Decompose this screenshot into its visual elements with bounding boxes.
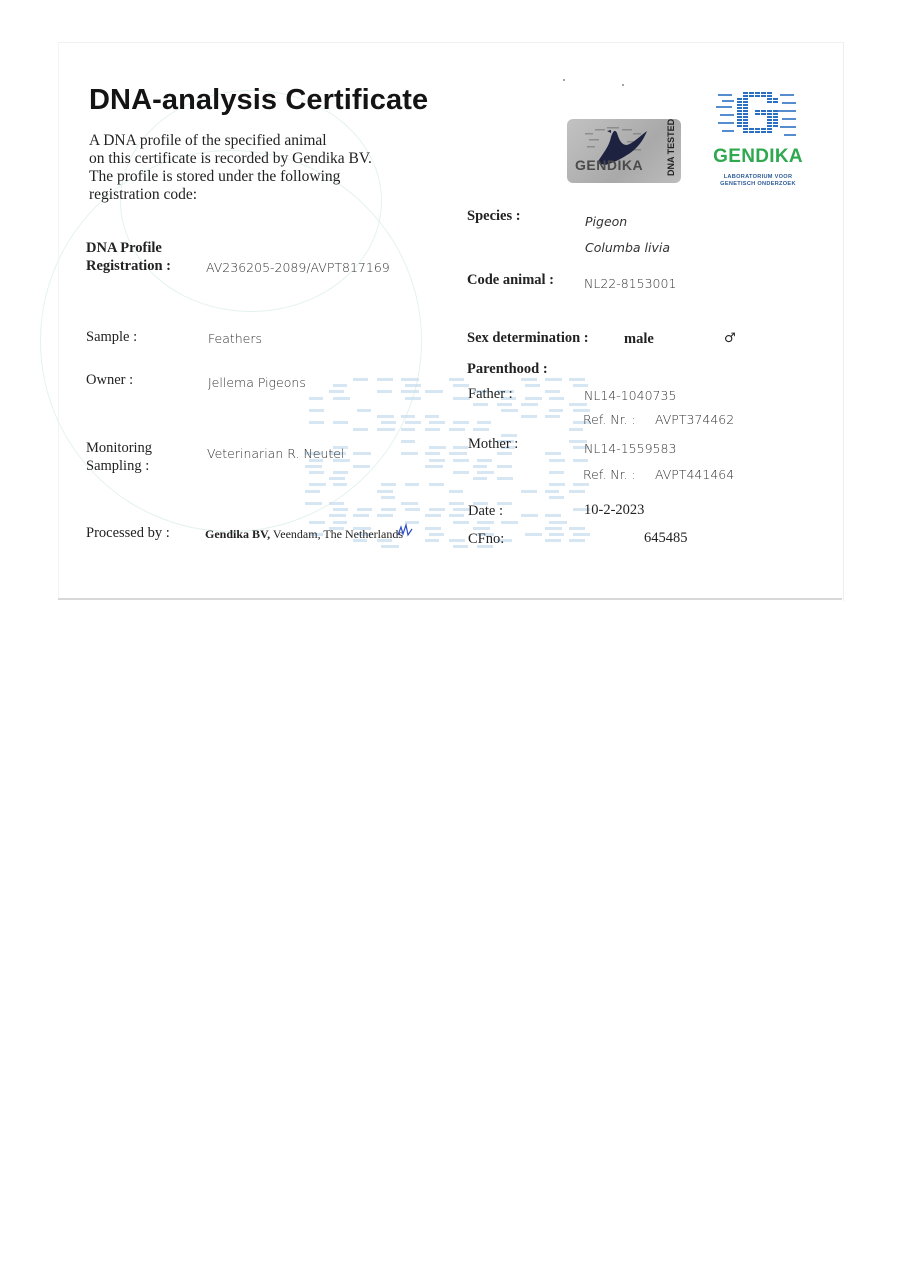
watermark-bar [429,508,445,511]
sticker-brand-text: GENDIKA [575,157,643,173]
watermark-bar [401,378,419,381]
watermark-bar [333,471,348,474]
watermark-bar [525,384,540,387]
watermark-bar [549,459,565,462]
watermark-bar [405,397,421,400]
watermark-bar [425,390,443,393]
watermark-bar [401,452,418,455]
watermark-bar [405,508,420,511]
watermark-bar [425,415,439,418]
watermark-bar [309,421,324,424]
mother-label: Mother : [468,436,518,453]
registration-value: AV236205-2089/AVPT817169 [206,260,390,275]
watermark-bar [545,415,560,418]
watermark-bar [425,514,441,517]
date-label: Date : [468,503,503,520]
owner-label: Owner : [86,372,133,389]
species-latin-name: Columba livia [585,240,670,255]
watermark-bar [569,403,587,406]
watermark-bar [425,539,439,542]
watermark-bar [333,384,347,387]
watermark-bar [453,545,468,548]
mother-ring: NL14-1559583 [584,441,676,456]
watermark-bar [525,533,542,536]
watermark-bar [353,378,368,381]
watermark-bar [377,390,392,393]
watermark-bar [333,397,350,400]
watermark-bar [425,527,441,530]
watermark-bar [569,527,585,530]
father-label: Father : [468,386,513,403]
watermark-bar [569,378,585,381]
watermark-bar [377,428,395,431]
watermark-bar [401,502,418,505]
watermark-bar [381,508,396,511]
watermark-bar [449,428,465,431]
watermark-bar [573,483,589,486]
species-common-name: Pigeon [585,214,627,229]
certificate-bottom-edge [58,598,842,600]
watermark-bar [449,539,465,542]
cfno-value: 645485 [644,530,688,547]
watermark-bar [329,390,344,393]
watermark-bar [549,521,567,524]
signature-icon [397,523,413,537]
watermark-bar [449,502,464,505]
watermark-bar [425,452,440,455]
watermark-bar [353,514,369,517]
father-ref-label: Ref. Nr. : [583,412,636,427]
watermark-bar [429,421,445,424]
watermark-bar [305,502,322,505]
sample-label: Sample : [86,329,137,346]
sample-value: Feathers [208,331,262,346]
watermark-bar [545,539,561,542]
watermark-bar [401,390,419,393]
watermark-bar [309,397,323,400]
watermark-bar [377,514,393,517]
code-animal-value: NL22-8153001 [584,276,676,291]
watermark-bar [497,465,512,468]
watermark-bar [381,421,396,424]
watermark-bar [549,471,564,474]
watermark-bar [429,446,446,449]
watermark-bar [377,378,393,381]
watermark-bar [449,378,464,381]
code-animal-label: Code animal : [467,272,554,289]
watermark-bar [545,527,562,530]
watermark-bar [473,403,488,406]
watermark-bar [429,533,444,536]
watermark-bar [549,533,564,536]
sex-label: Sex determination : [467,330,589,347]
watermark-bar [549,496,564,499]
watermark-bar [477,459,492,462]
page-title: DNA-analysis Certificate [89,84,428,117]
watermark-bar [473,527,490,530]
watermark-bar [573,533,590,536]
watermark-bar [329,502,344,505]
logo-subtitle: LABORATORIUM VOOR GENETISCH ONDERZOEK [704,174,812,188]
pigeon-icon [567,119,681,183]
watermark-bar [381,483,396,486]
watermark-bar [329,514,346,517]
watermark-bar [449,490,463,493]
watermark-bar [449,514,464,517]
watermark-bar [521,514,538,517]
watermark-bar [501,521,518,524]
logo-name: GENDIKA [710,146,806,168]
dna-tested-label: DNA TESTED [666,119,676,176]
owner-value: Jellema Pigeons [208,375,306,390]
watermark-bar [333,521,347,524]
cfno-label: CFno: [468,531,504,548]
registration-label: DNA Profile Registration : [86,239,171,275]
watermark-bar [501,409,518,412]
male-symbol-icon: ♂ [724,331,736,346]
intro-text: A DNA profile of the specified animal on… [89,132,372,204]
watermark-bar [353,452,371,455]
watermark-bar [545,378,562,381]
watermark-bar [549,409,563,412]
watermark-bar [453,459,469,462]
watermark-bar [425,428,440,431]
watermark-bar [453,521,469,524]
watermark-bar [549,397,564,400]
mother-ref-label: Ref. Nr. : [583,467,636,482]
processed-company: Gendika BV, [205,527,270,541]
watermark-bar [305,490,320,493]
watermark-bar [405,421,421,424]
watermark-bar [453,421,469,424]
watermark-bar [545,452,561,455]
watermark-bar [405,483,419,486]
watermark-bar [429,459,445,462]
watermark-bar [401,428,415,431]
watermark-bar [545,514,561,517]
watermark-bar [401,440,415,443]
watermark-bar [569,539,585,542]
sex-value: male [624,331,654,348]
watermark-bar [521,490,537,493]
watermark-bar [309,409,324,412]
watermark-bar [497,477,513,480]
watermark-bar [357,508,372,511]
watermark-bar [357,409,371,412]
watermark-bar [573,459,588,462]
watermark-bar [305,465,322,468]
monitoring-label: Monitoring Sampling : [86,439,152,475]
watermark-bar [401,415,415,418]
gendika-logo: GENDIKA LABORATORIUM VOOR GENETISCH ONDE… [710,86,806,190]
watermark-bar [381,545,399,548]
watermark-bar [545,490,559,493]
watermark-bar [497,403,512,406]
gendika-g-icon [716,86,800,140]
watermark-bar [573,384,588,387]
mother-ref-value: AVPT441464 [655,467,734,482]
watermark-bar [329,477,345,480]
scan-speck [622,84,624,86]
processed-value: Gendika BV, Veendam, The Netherlands [205,527,403,542]
monitoring-value: Veterinarian R. Neutel [207,446,344,461]
father-ring: NL14-1040735 [584,388,676,403]
watermark-bar [473,428,489,431]
watermark-bar [525,397,542,400]
watermark-bar [549,483,565,486]
watermark-bar [473,477,487,480]
watermark-bar [377,415,394,418]
watermark-bar [381,496,395,499]
watermark-bar [309,521,325,524]
scan-speck [563,79,565,81]
watermark-bar [429,483,444,486]
parenthood-label: Parenthood : [467,361,548,378]
watermark-bar [333,508,348,511]
watermark-bar [405,384,421,387]
watermark-bar [569,428,583,431]
watermark-bar [333,421,348,424]
watermark-bar [545,390,560,393]
watermark-bar [569,490,585,493]
watermark-bar [449,452,467,455]
watermark-bar [521,415,537,418]
watermark-bar [473,465,487,468]
watermark-bar [353,465,370,468]
watermark-bar [453,446,468,449]
species-label: Species : [467,208,521,225]
watermark-bar [521,403,538,406]
processed-location: Veendam, The Netherlands [270,527,403,541]
watermark-bar [453,384,469,387]
processed-label: Processed by : [86,525,170,542]
dna-tested-sticker: GENDIKA DNA TESTED [567,119,681,183]
watermark-bar [425,465,443,468]
watermark-bar [353,428,368,431]
watermark-bar [477,421,491,424]
watermark-bar [477,521,494,524]
watermark-bar [453,471,469,474]
date-value: 10-2-2023 [584,502,644,519]
watermark-bar [333,483,347,486]
father-ref-value: AVPT374462 [655,412,734,427]
watermark-bar [477,471,494,474]
watermark-bar [309,483,326,486]
watermark-bar [521,378,537,381]
watermark-bar [309,471,324,474]
watermark-bar [377,490,393,493]
